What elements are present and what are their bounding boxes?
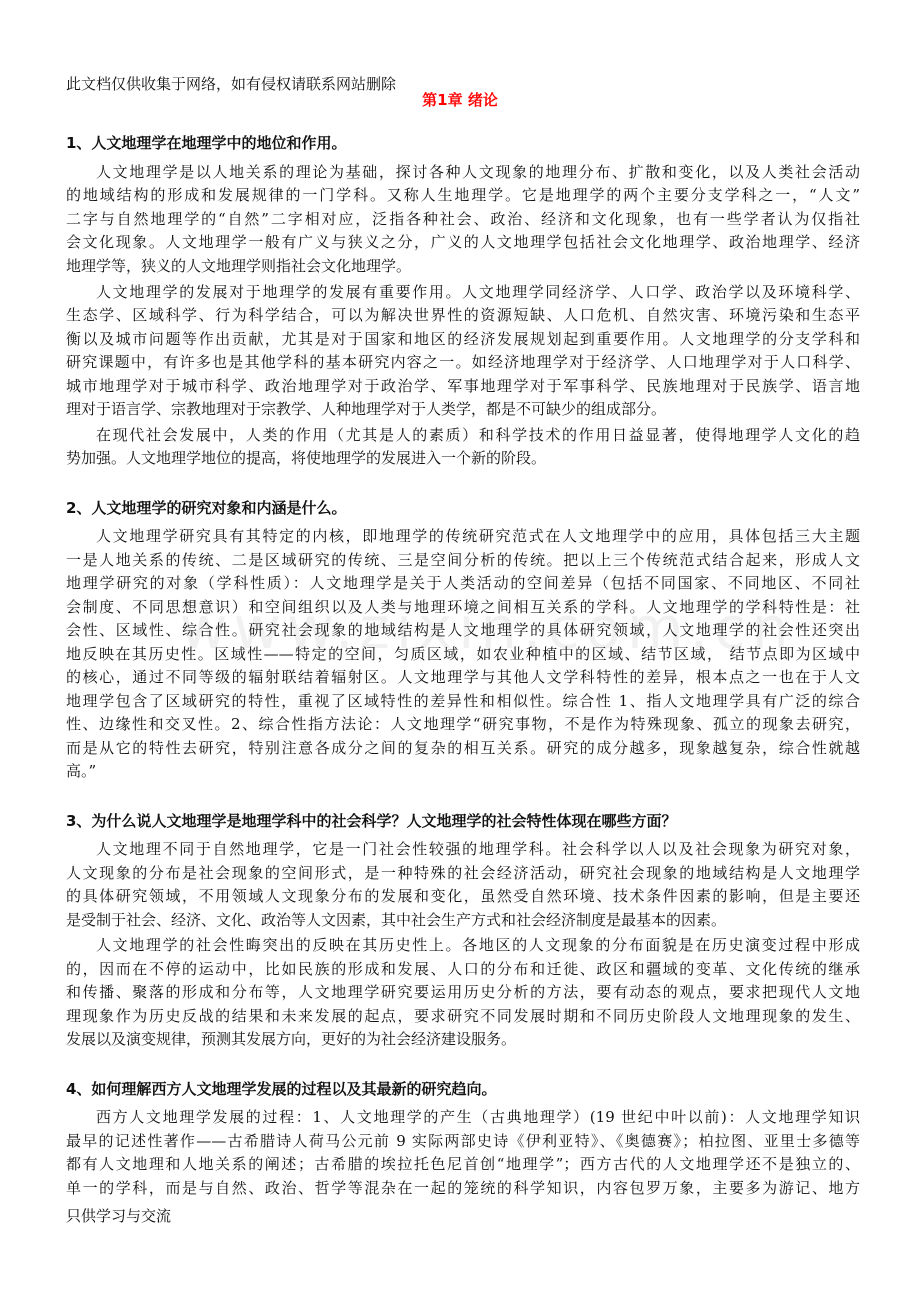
paragraph-line: 会文化现象。人文地理学一般有广义与狭义之分，广义的人文地理学包括社会文化地理学、… — [66, 232, 860, 252]
paragraph-line: 都有人文地理和人地关系的阐述；古希腊的埃拉托色尼首创“地理学”；西方古代的人文地… — [66, 1154, 860, 1174]
paragraph-line: 单一的学科，而是与自然、政治、哲学等混杂在一起的笼统的科学知识，内容包罗万象，主… — [66, 1178, 860, 1198]
paragraph-line: 生态学、区域科学、行为科学结合，可以为解决世界性的资源短缺、人口危机、自然灾害、… — [66, 305, 860, 325]
paragraph-line: 衡以及城市问题等作出贡献，尤其是对于国家和地区的经济发展规划起到重要作用。人文地… — [66, 329, 860, 349]
paragraph-line: 西方人文地理学发展的过程：1、人文地理学的产生（古典地理学）(19 世纪中叶以前… — [66, 1107, 860, 1127]
paragraph-line: 地反映在其历史性。区域性——特定的空间，匀质区域，如农业种植中的区域、结节区域，… — [66, 644, 860, 664]
paragraph-line: 是受制于社会、经济、文化、政治等人文因素，其中社会生产方式和社会经济制度是最基本… — [66, 910, 860, 930]
paragraph-line: 城市地理学对于城市科学、政治地理学对于政治学、军事地理学对于军事科学、民族地理对… — [66, 376, 860, 396]
document-page: www.zixin.com.cn 此文档仅供收集于网络，如有侵权请联系网站删除 … — [0, 0, 920, 1302]
paragraph-line: 和传播、聚落的形成和分布等，人文地理学研究要运用历史分析的方法，要有动态的观点，… — [66, 982, 860, 1002]
paragraph-line: 人文地理学的发展对于地理学的发展有重要作用。人文地理学同经济学、人口学、政治学以… — [66, 282, 860, 302]
paragraph-line: 理现象作为历史反战的结果和未来发展的起点，要求研究不同发展时期和不同历史阶段人文… — [66, 1006, 860, 1026]
paragraph-line: 地理学等，狭义的人文地理学则指社会文化地理学。 — [66, 256, 860, 276]
footer-note: 只供学习与交流 — [66, 1206, 171, 1226]
paragraph-line: 理对于语言学、宗教地理对于宗教学、人种地理学对于人类学，都是不可缺少的组成部分。 — [66, 399, 860, 419]
paragraph-line: 的地域结构的形成和发展规律的一门学科。又称人生地理学。它是地理学的两个主要分支学… — [66, 185, 860, 205]
paragraph-line: 势加强。人文地理学地位的提高，将使地理学的发展进入一个新的阶段。 — [66, 448, 860, 468]
paragraph-line: 人文地理学研究具有其特定的内核，即地理学的传统研究范式在人文地理学中的应用，具体… — [66, 526, 860, 546]
paragraph-line: 高。” — [66, 761, 860, 781]
paragraph-line: 地理学研究的对象（学科性质）：人文地理学是关于人类活动的空间差异（包括不同国家、… — [66, 573, 860, 593]
paragraph-line: 的核心，通过不同等级的辐射联结着辐射区。人文地理学与其他人文学科特性的差异，根本… — [66, 667, 860, 687]
paragraph-line: 的具体研究领域，不用领域人文现象分布的发展和变化，虽然受自然环境、技术条件因素的… — [66, 886, 860, 906]
paragraph-line: 会性、区域性、综合性。研究社会现象的地域结构是人文地理学的具体研究领域，人文地理… — [66, 620, 860, 640]
paragraph-line: 会制度、不同思想意识）和空间组织以及人类与地理环境之间相互关系的学科。人文地理学… — [66, 597, 860, 617]
paragraph-line: 地理学包含了区域研究的特性，重视了区域特性的差异性和相似性。综合性 1、指人文地… — [66, 691, 860, 711]
section-4-heading: 4、如何理解西方人文地理学发展的过程以及其最新的研究趋向。 — [66, 1079, 860, 1099]
paragraph-line: 人文地理不同于自然地理学，它是一门社会性较强的地理学科。社会科学以人以及社会现象… — [66, 839, 860, 859]
section-3-heading: 3、为什么说人文地理学是地理学科中的社会科学？人文地理学的社会特性体现在哪些方面… — [66, 811, 860, 831]
paragraph-line: 人文地理学是以人地关系的理论为基础，探讨各种人文现象的地理分布、扩散和变化，以及… — [66, 162, 860, 182]
paragraph-line: 的，因而在不停的运动中，比如民族的形成和发展、人口的分布和迁徙、政区和疆域的变革… — [66, 959, 860, 979]
paragraph-line: 人文现象的分布是社会现象的空间形式，是一种特殊的社会经济活动，研究社会现象的地域… — [66, 863, 860, 883]
paragraph-line: 研究课题中，有许多也是其他学科的基本研究内容之一。如经济地理学对于经济学、人口地… — [66, 352, 860, 372]
paragraph-line: 发展以及演变规律，预测其发展方向，更好的为社会经济建设服务。 — [66, 1029, 860, 1049]
section-1-heading: 1、人文地理学在地理学中的地位和作用。 — [66, 133, 860, 153]
paragraph-line: 最早的记述性著作——古希腊诗人荷马公元前 9 实际两部史诗《伊利亚特》、《奥德赛… — [66, 1131, 860, 1151]
chapter-title: 第1章 绪论 — [0, 90, 920, 110]
paragraph-line: 一是人地关系的传统、二是区域研究的传统、三是空间分析的传统。把以上三个传统范式结… — [66, 550, 860, 570]
paragraph-line: 二字与自然地理学的“自然”二字相对应，泛指各种社会、政治、经济和文化现象，也有一… — [66, 209, 860, 229]
paragraph-line: 在现代社会发展中，人类的作用（尤其是人的素质）和科学技术的作用日益显著，使得地理… — [66, 425, 860, 445]
paragraph-line: 性、边缘性和交叉性。2、综合性指方法论：人文地理学“研究事物，不是作为特殊现象、… — [66, 714, 860, 734]
paragraph-line: 而是从它的特性去研究，特别注意各成分之间的复杂的相互关系。研究的成分越多，现象越… — [66, 738, 860, 758]
paragraph-line: 人文地理学的社会性晦突出的反映在其历史性上。各地区的人文现象的分布面貌是在历史演… — [66, 935, 860, 955]
section-2-heading: 2、人文地理学的研究对象和内涵是什么。 — [66, 498, 860, 518]
